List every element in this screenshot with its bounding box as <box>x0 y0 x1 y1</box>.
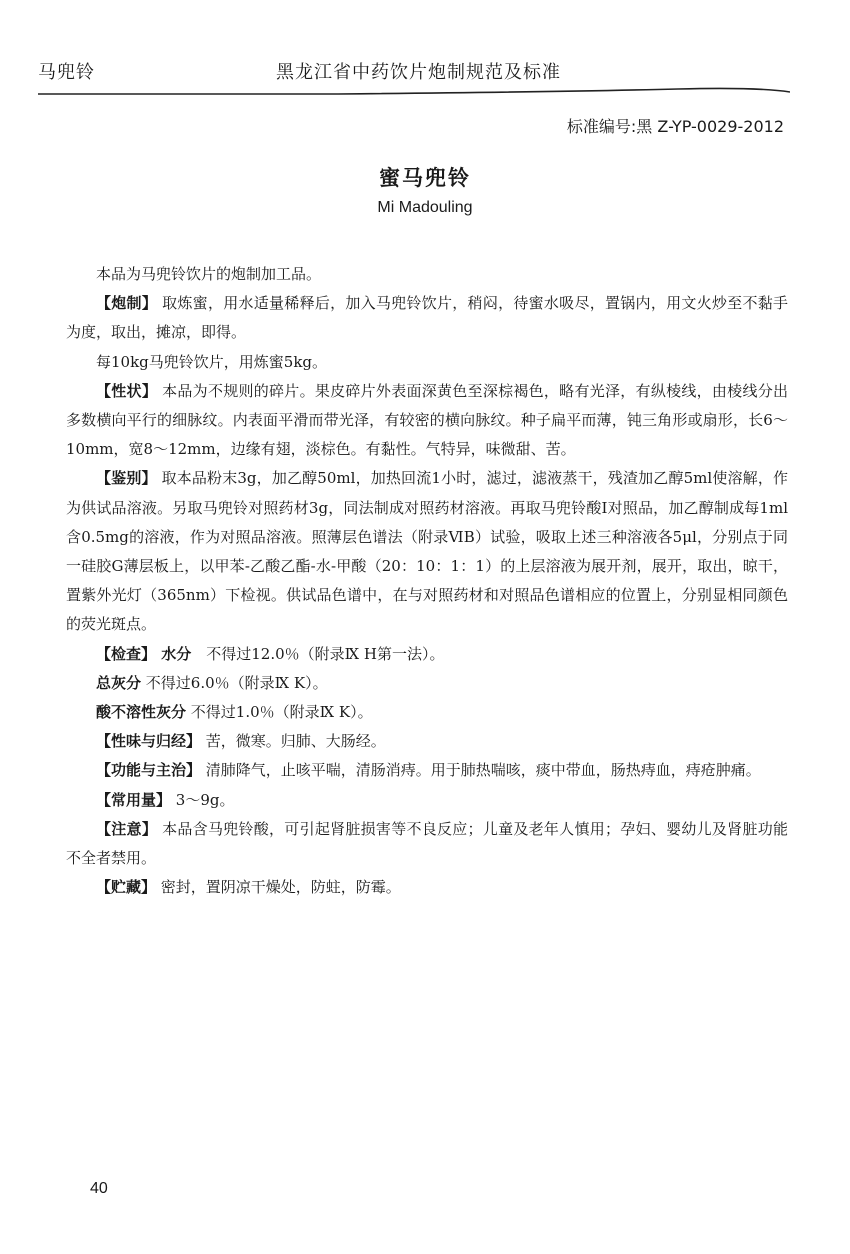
total-ash-text: 不得过6.0％（附录Ⅸ K）。 <box>141 674 328 692</box>
monograph-body: 本品为马兜铃饮片的炮制加工品。 【炮制】 取炼蜜，用水适量稀释后，加入马兜铃饮片… <box>66 260 788 902</box>
storage-label: 【贮藏】 <box>96 878 156 896</box>
nature-meridian-label: 【性味与归经】 <box>96 732 201 750</box>
ratio-paragraph: 每10kg马兜铃饮片，用炼蜜5kg。 <box>66 348 788 377</box>
processing-text: 取炼蜜，用水适量稀释后，加入马兜铃饮片，稍闷，待蜜水吸尽，置锅内，用文火炒至不黏… <box>66 294 788 341</box>
description-text: 本品为不规则的碎片。果皮碎片外表面深黄色至深棕褐色，略有光泽，有纵棱线，由棱线分… <box>66 382 788 458</box>
acid-ash-paragraph: 酸不溶性灰分 不得过1.0％（附录Ⅸ K）。 <box>66 698 788 727</box>
acid-ash-label: 酸不溶性灰分 <box>96 703 186 721</box>
function-text: 清肺降气，止咳平喘，清肠消痔。用于肺热喘咳，痰中带血，肠热痔血，痔疮肿痛。 <box>201 761 761 779</box>
acid-ash-text: 不得过1.0％（附录Ⅸ K）。 <box>186 703 373 721</box>
ratio-text: 每10kg马兜铃饮片，用炼蜜5kg。 <box>96 353 327 371</box>
nature-meridian-text: 苦，微寒。归肺、大肠经。 <box>201 732 386 750</box>
caution-paragraph: 【注意】 本品含马兜铃酸，可引起肾脏损害等不良反应；儿童及老年人慎用；孕妇、婴幼… <box>66 815 788 873</box>
caution-label: 【注意】 <box>96 820 157 838</box>
title-english: Mi Madouling <box>0 199 850 217</box>
inspection-label: 【检查】 <box>96 645 156 663</box>
moisture-label: 水分 <box>156 645 191 663</box>
moisture-text: 不得过12.0％（附录Ⅸ H第一法）。 <box>191 645 444 663</box>
page-number: 40 <box>90 1180 108 1198</box>
running-header: 马兜铃 黑龙江省中药饮片炮制规范及标准 <box>38 58 790 88</box>
nature-meridian-paragraph: 【性味与归经】 苦，微寒。归肺、大肠经。 <box>66 727 788 756</box>
storage-text: 密封，置阴凉干燥处，防蛀，防霉。 <box>156 878 401 896</box>
identification-paragraph: 【鉴别】 取本品粉末3g，加乙醇50ml，加热回流1小时，滤过，滤液蒸干，残渣加… <box>66 464 788 639</box>
header-book-title: 黑龙江省中药饮片炮制规范及标准 <box>276 58 561 84</box>
processing-paragraph: 【炮制】 取炼蜜，用水适量稀释后，加入马兜铃饮片，稍闷，待蜜水吸尽，置锅内，用文… <box>66 289 788 347</box>
function-label: 【功能与主治】 <box>96 761 201 779</box>
total-ash-label: 总灰分 <box>96 674 141 692</box>
description-label: 【性状】 <box>96 382 157 400</box>
standard-number: 标准编号:黑 Z-YP-0029-2012 <box>567 114 784 137</box>
dosage-paragraph: 【常用量】 3～9g。 <box>66 786 788 815</box>
title-chinese: 蜜马兜铃 <box>0 162 850 192</box>
total-ash-paragraph: 总灰分 不得过6.0％（附录Ⅸ K）。 <box>66 669 788 698</box>
intro-paragraph: 本品为马兜铃饮片的炮制加工品。 <box>66 260 788 289</box>
identification-label: 【鉴别】 <box>96 469 157 487</box>
dosage-text: 3～9g。 <box>171 791 234 809</box>
function-paragraph: 【功能与主治】 清肺降气，止咳平喘，清肠消痔。用于肺热喘咳，痰中带血，肠热痔血，… <box>66 756 788 785</box>
dosage-label: 【常用量】 <box>96 791 171 809</box>
header-section-name: 马兜铃 <box>38 58 95 84</box>
processing-label: 【炮制】 <box>96 294 157 312</box>
description-paragraph: 【性状】 本品为不规则的碎片。果皮碎片外表面深黄色至深棕褐色，略有光泽，有纵棱线… <box>66 377 788 465</box>
inspection-paragraph: 【检查】 水分 不得过12.0％（附录Ⅸ H第一法）。 <box>66 640 788 669</box>
header-rule <box>38 86 790 98</box>
storage-paragraph: 【贮藏】 密封，置阴凉干燥处，防蛀，防霉。 <box>66 873 788 902</box>
intro-text: 本品为马兜铃饮片的炮制加工品。 <box>96 265 321 283</box>
caution-text: 本品含马兜铃酸，可引起肾脏损害等不良反应；儿童及老年人慎用；孕妇、婴幼儿及肾脏功… <box>66 820 788 867</box>
identification-text: 取本品粉末3g，加乙醇50ml，加热回流1小时，滤过，滤液蒸干，残渣加乙醇5ml… <box>66 469 788 633</box>
